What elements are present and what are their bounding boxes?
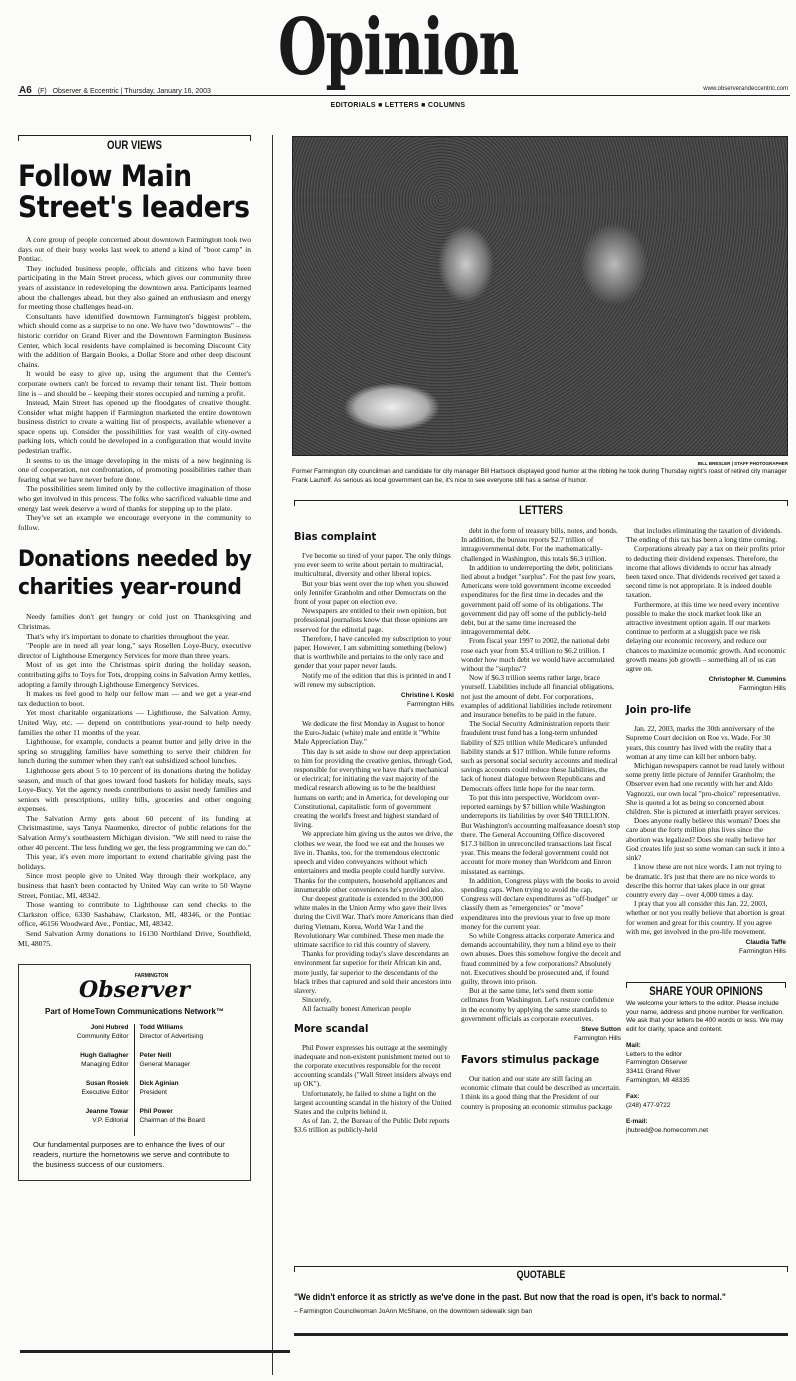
author-name: Claudia Taffe <box>626 938 786 947</box>
email-address: E-mail:jhubred@oe.homecomm.net <box>626 1118 786 1135</box>
quote-attribution: – Farmington Councilwoman JoAnn McShane,… <box>294 1308 788 1315</box>
staff-entry: Dick AginianPresident <box>140 1080 210 1108</box>
letter-paragraph: Our nation and our state are still facin… <box>461 1074 621 1111</box>
editorial-paragraph: Needy families don't get hungry or cold … <box>18 612 251 631</box>
letter-paragraph: Corporations already pay a tax on their … <box>626 544 786 599</box>
author-city: Farmington Hills <box>739 685 786 692</box>
author-name: Christopher M. Cummins <box>626 675 786 684</box>
letter-paragraph: Newspapers are entitled to their own opi… <box>294 606 454 634</box>
letters-column-2: debt in the form of treasury bills, note… <box>461 526 621 1111</box>
letter-paragraph: The Social Security Administration repor… <box>461 719 621 793</box>
staff-entry: Susan RosiekExecutive Editor <box>60 1080 129 1108</box>
author-city: Farmington Hills <box>574 1035 621 1042</box>
letter-paragraph: So while Congress attacks corporate Amer… <box>461 931 621 986</box>
email-link[interactable]: jhubred@oe.homecomm.net <box>626 1127 708 1134</box>
photo-caption: Former Farmington city councilman and ca… <box>292 468 788 485</box>
letter-headline: More scandal <box>294 1022 438 1035</box>
quotable-header: QUOTABLE <box>294 1266 788 1288</box>
staff-directory: Joni HubredCommunity EditorHugh Gallaghe… <box>60 1024 210 1136</box>
letters-kicker: LETTERS <box>343 501 738 517</box>
letter-paragraph: From fiscal year 1997 to 2002, the natio… <box>461 636 621 673</box>
editorial-paragraph: The Salvation Army gets about 60 percent… <box>18 814 251 852</box>
editorial-paragraph: It would be easy to give up, using the a… <box>18 369 251 398</box>
letter-paragraph: I know these are not nice words. I am no… <box>626 862 786 899</box>
letter-paragraph: Our deepest gratitude is extended to the… <box>294 894 454 949</box>
editorial-2-headline: Donations needed bycharities year-round <box>18 546 232 602</box>
masthead-rule <box>18 95 790 96</box>
letter-paragraph: We appreciate him giving us the autos we… <box>294 829 454 893</box>
editorial-1-body: A core group of people concerned about d… <box>18 235 251 532</box>
share-title: SHARE YOUR OPINIONS <box>642 983 770 998</box>
share-header: SHARE YOUR OPINIONS <box>626 982 786 1000</box>
staff-entry: Hugh GallagherManaging Editor <box>60 1052 129 1080</box>
bottom-rule-left <box>20 1350 290 1353</box>
staff-right-column: Todd WilliamsDirector of AdvertisingPete… <box>135 1024 210 1136</box>
fax-number: Fax:(248) 477-9722 <box>626 1093 786 1110</box>
editorial-paragraph: Lighthouse, for example, conducts a pean… <box>18 737 251 766</box>
staff-entry: Jeanne TowarV.P. Editorial <box>60 1108 129 1136</box>
editorial-paragraph: They've set an example we encourage ever… <box>18 513 251 532</box>
letters-column-3: that includes eliminating the taxation o… <box>626 526 786 1144</box>
letter-paragraph: To put this into perspective, Worldcom o… <box>461 793 621 876</box>
section-nav: EDITORIALS ■ LETTERS ■ COLUMNS <box>0 102 796 109</box>
news-photo <box>292 136 788 456</box>
masthead: Opinion A6(F) Observer & Eccentric | Thu… <box>0 0 796 112</box>
letter-signature: Steve SuttonFarmington Hills <box>461 1025 621 1043</box>
network-tagline: Part of HomeTown Communications Network™ <box>27 1007 242 1016</box>
editorial-1-headline: Follow MainStreet's leaders <box>18 161 232 223</box>
letter-paragraph: Unfortunately, he failed to shine a ligh… <box>294 1089 454 1117</box>
editorial-paragraph: It makes us feel good to help our fellow… <box>18 689 251 708</box>
mail-address: Mail:Letters to the editorFarmington Obs… <box>626 1042 786 1085</box>
letter-paragraph: Michigan newspapers cannot be read latel… <box>626 761 786 816</box>
letters-column-1: Bias complaint I've become so tired of y… <box>294 526 454 1135</box>
letter-paragraph: debt in the form of treasury bills, note… <box>461 526 621 563</box>
letter-signature: Claudia TaffeFarmington Hills <box>626 938 786 956</box>
letter-paragraph: Now if $6.3 trillion seems rather large,… <box>461 673 621 719</box>
letter-paragraph: As of Jan. 2, the Bureau of the Public D… <box>294 1116 454 1134</box>
observer-logo: Observer <box>27 977 242 1003</box>
editorial-paragraph: They included business people, officials… <box>18 264 251 312</box>
letter-paragraph: Furthermore, at this time we need every … <box>626 600 786 674</box>
letter-paragraph: In addition to underreporting the debt, … <box>461 563 621 637</box>
letter-signature: Christopher M. CumminsFarmington Hills <box>626 675 786 693</box>
editorial-paragraph: It seems to us the image developing in t… <box>18 456 251 485</box>
editorial-paragraph: Send Salvation Army donations to 16130 N… <box>18 929 251 948</box>
letter-paragraph: We dedicate the first Monday in August t… <box>294 719 454 747</box>
quote-text: "We didn't enforce it as strictly as we'… <box>294 1292 729 1303</box>
letter-paragraph: I pray that you all consider this Jan. 2… <box>626 899 786 936</box>
editorials-column: OUR VIEWS Follow MainStreet's leaders A … <box>18 135 251 1181</box>
share-intro: We welcome your letters to the editor. P… <box>626 1000 786 1034</box>
letter-paragraph: Sincerely, <box>294 995 454 1004</box>
editorial-paragraph: A core group of people concerned about d… <box>18 235 251 264</box>
editorial-paragraph: "People are in need all year long," says… <box>18 641 251 660</box>
editorial-paragraph: The possibilities seem limited only by t… <box>18 484 251 513</box>
section-title: Opinion <box>111 2 684 94</box>
letter-signature: Christine I. KoskiFarmington Hills <box>294 691 454 709</box>
letter-headline: Favors stimulus package <box>461 1053 605 1066</box>
quotable-box: QUOTABLE "We didn't enforce it as strict… <box>294 1266 788 1336</box>
letter-paragraph: that includes eliminating the taxation o… <box>626 526 786 544</box>
letter-paragraph: All factually honest American people <box>294 1004 454 1013</box>
staff-entry: Joni HubredCommunity Editor <box>60 1024 129 1052</box>
letter-headline: Bias complaint <box>294 530 438 543</box>
letter-paragraph: But your bias went over the top when you… <box>294 579 454 607</box>
mission-statement: Our fundamental purposes are to enhance … <box>27 1140 242 1170</box>
staff-left-column: Joni HubredCommunity EditorHugh Gallaghe… <box>60 1024 135 1136</box>
bottom-rule <box>294 1333 788 1336</box>
letter-paragraph: In addition, Congress plays with the boo… <box>461 876 621 931</box>
editorial-paragraph: Those wanting to contribute to Lighthous… <box>18 900 251 929</box>
our-views-header: OUR VIEWS <box>18 135 251 157</box>
share-opinions-box: SHARE YOUR OPINIONS We welcome your lett… <box>626 982 786 1136</box>
letter-paragraph: This day is set aside to show our deep a… <box>294 747 454 830</box>
editorial-paragraph: That's why it's important to donate to c… <box>18 632 251 642</box>
letter-paragraph: Phil Power expresses his outrage at the … <box>294 1043 454 1089</box>
column-divider <box>272 135 273 1375</box>
website-url: www.observerandeccentric.com <box>703 86 788 92</box>
editorial-paragraph: Instead, Main Street has opened up the f… <box>18 398 251 456</box>
edition-code: (F) <box>38 88 47 95</box>
editorial-paragraph: Lighthouse gets about 5 to 10 percent of… <box>18 766 251 814</box>
editorial-paragraph: This year, it's even more important to e… <box>18 852 251 871</box>
author-name: Steve Sutton <box>461 1025 621 1034</box>
letter-paragraph: Therefore, I have canceled my subscripti… <box>294 634 454 671</box>
editorial-paragraph: Yet most charitable organizations — Ligh… <box>18 708 251 737</box>
staff-entry: Peter NeillGeneral Manager <box>140 1052 210 1080</box>
author-city: Farmington Hills <box>739 948 786 955</box>
letter-paragraph: Notify me of the edition that this is pr… <box>294 671 454 689</box>
editorial-paragraph: Consultants have identified downtown Far… <box>18 312 251 370</box>
editorial-paragraph: Most of us get into the Christmas spirit… <box>18 660 251 689</box>
letter-paragraph: I've become so tired of your paper. The … <box>294 551 454 579</box>
staff-entry: Todd WilliamsDirector of Advertising <box>140 1024 210 1052</box>
author-name: Christine I. Koski <box>294 691 454 700</box>
dateline: Observer & Eccentric | Thursday, January… <box>53 88 211 95</box>
letters-header: LETTERS <box>294 500 788 522</box>
letter-headline: Join pro-life <box>626 703 770 716</box>
editorial-paragraph: Since most people give to United Way thr… <box>18 871 251 900</box>
observer-staff-box: FARMINGTON Observer Part of HomeTown Com… <box>18 964 251 1181</box>
staff-entry: Phil PowerChairman of the Board <box>140 1108 210 1136</box>
letter-paragraph: Does anyone really believe this woman? D… <box>626 816 786 862</box>
author-city: Farmington Hills <box>407 701 454 708</box>
letter-paragraph: Jan. 22, 2003, marks the 30th anniversar… <box>626 724 786 761</box>
editorial-2-body: Needy families don't get hungry or cold … <box>18 612 251 948</box>
letter-paragraph: But at the same time, let's send them so… <box>461 986 621 1023</box>
letter-paragraph: Thanks for providing today's slave desce… <box>294 949 454 995</box>
our-views-kicker: OUR VIEWS <box>41 136 227 152</box>
photo-credit: BILL BRESLER | STAFF PHOTOGRAPHER <box>698 461 788 466</box>
quotable-kicker: QUOTABLE <box>343 1267 738 1281</box>
